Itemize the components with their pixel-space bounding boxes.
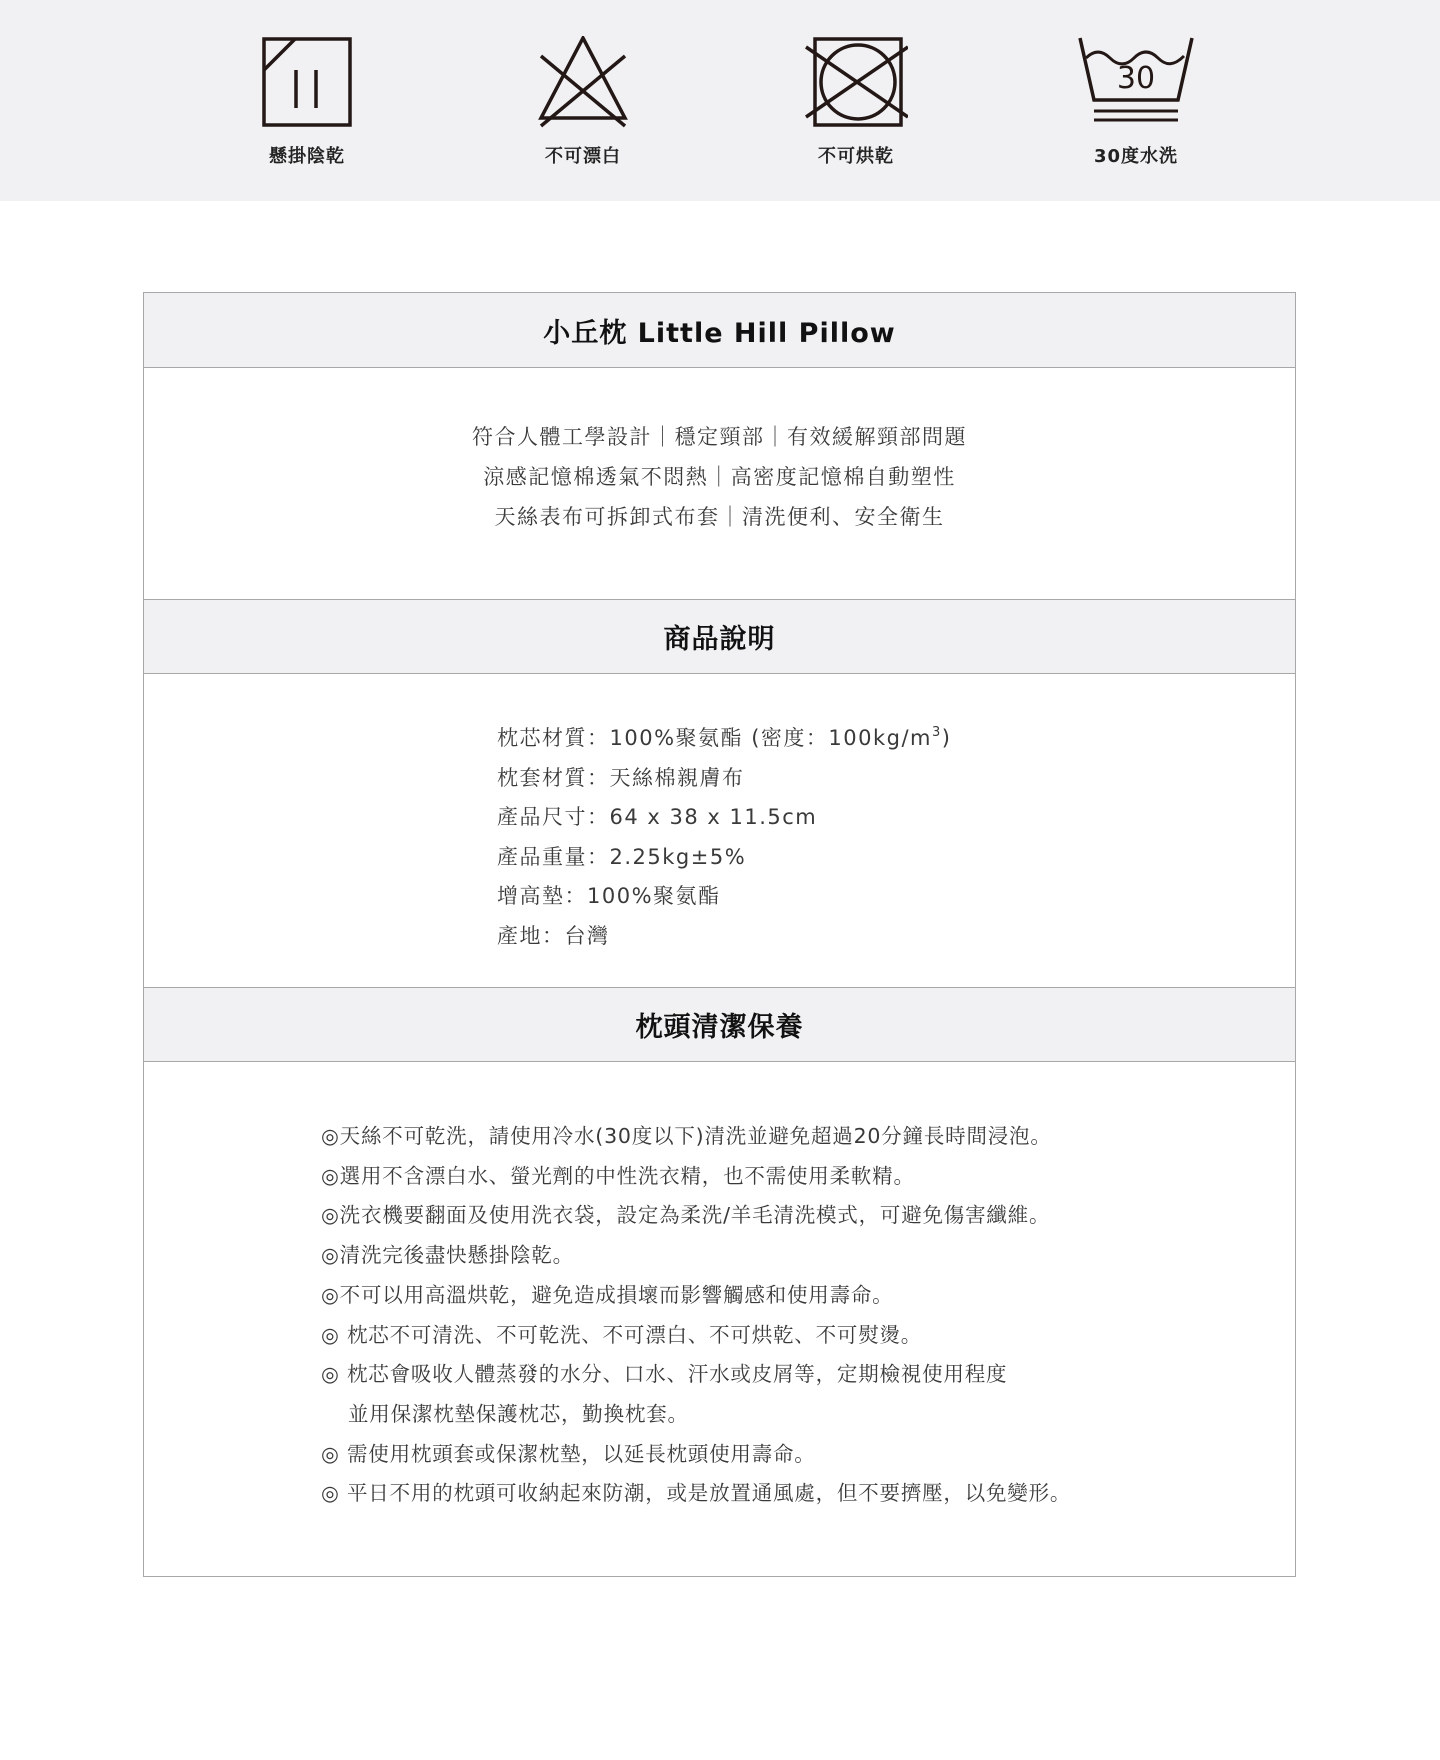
care-note: ◎選用不含漂白水、螢光劑的中性洗衣精，也不需使用柔軟精。 [321,1157,1071,1197]
feature-line: 涼感記憶棉透氣不悶熱｜高密度記憶棉自動塑性 [144,457,1295,497]
care-note: ◎ 枕芯不可清洗、不可乾洗、不可漂白、不可烘乾、不可熨燙。 [321,1316,1071,1356]
care-note: ◎不可以用高溫烘乾，避免造成損壞而影響觸感和使用壽命。 [321,1276,1071,1316]
feature-line: 天絲表布可拆卸式布套｜清洗便利、安全衛生 [144,497,1295,537]
description-title: 商品說明 [664,617,776,656]
care-note-continued: 並用保潔枕墊保護枕芯，勤換枕套。 [321,1395,1071,1435]
care-notes-list: ◎天絲不可乾洗，請使用冷水(30度以下)清洗並避免超過20分鐘長時間浸泡。 ◎選… [321,1117,1071,1514]
care-note: ◎天絲不可乾洗，請使用冷水(30度以下)清洗並避免超過20分鐘長時間浸泡。 [321,1117,1071,1157]
spec-origin: 產地：台灣 [497,917,952,957]
care-symbol-wash-30: 30 30度水洗 [1046,36,1226,168]
care-title: 枕頭清潔保養 [636,1005,804,1044]
spec-cover-material: 枕套材質：天絲棉親膚布 [497,759,952,799]
description-header: 商品說明 [144,599,1295,674]
care-note: ◎ 枕芯會吸收人體蒸發的水分、口水、汗水或皮屑等，定期檢視使用程度 [321,1355,1071,1395]
care-note: ◎清洗完後盡快懸掛陰乾。 [321,1236,1071,1276]
product-title: 小丘枕 Little Hill Pillow [543,311,895,350]
spec-riser-pad: 增高墊：100%聚氨酯 [497,877,952,917]
care-label: 不可漂白 [493,142,673,168]
wash-temp-text: 30 [1117,61,1155,96]
care-symbol-no-bleach: 不可漂白 [493,36,673,168]
spec-size: 產品尺寸：64 x 38 x 11.5cm [497,798,952,838]
product-features: 符合人體工學設計｜穩定頸部｜有效緩解頸部問題 涼感記憶棉透氣不悶熱｜高密度記憶棉… [144,417,1295,537]
product-title-header: 小丘枕 Little Hill Pillow [144,293,1295,368]
no-bleach-icon [537,36,629,128]
care-symbols-band: 懸掛陰乾 不可漂白 不可烘乾 30 30度水洗 [0,0,1440,201]
care-label: 30度水洗 [1046,142,1226,168]
care-label: 不可烘乾 [766,142,946,168]
spec-weight: 產品重量：2.25kg±5% [497,838,952,878]
spec-core-material: 枕芯材質：100%聚氨酯 (密度：100kg/m3) [497,713,952,759]
care-symbol-hang-dry: 懸掛陰乾 [217,36,397,168]
care-symbol-no-tumble-dry: 不可烘乾 [766,36,946,168]
spec-list: 枕芯材質：100%聚氨酯 (密度：100kg/m3) 枕套材質：天絲棉親膚布 產… [497,713,952,956]
care-note: ◎ 需使用枕頭套或保潔枕墊，以延長枕頭使用壽命。 [321,1435,1071,1475]
feature-line: 符合人體工學設計｜穩定頸部｜有效緩解頸部問題 [144,417,1295,457]
care-header: 枕頭清潔保養 [144,987,1295,1062]
product-spec-box: 小丘枕 Little Hill Pillow 符合人體工學設計｜穩定頸部｜有效緩… [143,292,1296,1577]
wash-30-icon: 30 [1076,36,1196,128]
no-tumble-dry-icon [804,36,908,128]
care-label: 懸掛陰乾 [217,142,397,168]
care-note: ◎ 平日不用的枕頭可收納起來防潮，或是放置通風處，但不要擠壓，以免變形。 [321,1474,1071,1514]
care-note: ◎洗衣機要翻面及使用洗衣袋，設定為柔洗/羊毛清洗模式，可避免傷害纖維。 [321,1196,1071,1236]
hang-dry-shade-icon [261,36,353,128]
